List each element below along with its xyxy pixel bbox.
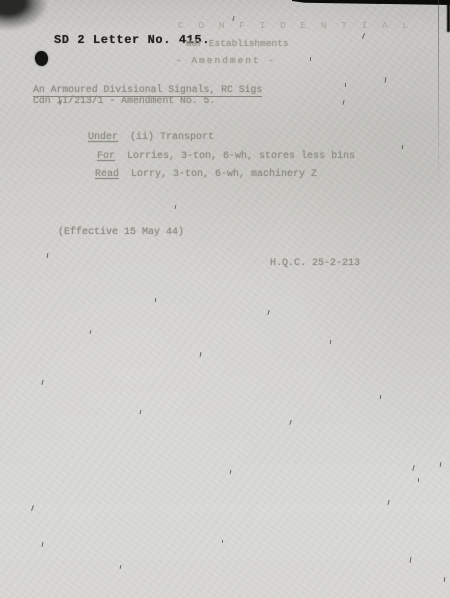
punch-hole-dot — [34, 50, 49, 67]
paper-speck — [200, 352, 202, 357]
paper-speck — [267, 310, 270, 315]
paper-speck — [42, 542, 44, 547]
paper-speck — [387, 500, 390, 505]
paper-speck — [175, 205, 177, 209]
scanned-document-page: C O N F I D E N T I A L SD 2 Letter No. … — [0, 0, 450, 598]
entry-label-under: Under — [88, 132, 118, 143]
scan-edge-strip — [292, 0, 450, 5]
paper-speck — [155, 298, 157, 302]
entry-text-for: Lorries, 3-ton, 6-wh, stores less bins — [127, 151, 355, 162]
paper-speck — [444, 577, 446, 582]
paper-speck — [222, 540, 223, 543]
paper-speck — [41, 380, 44, 385]
paper-speck — [140, 410, 142, 414]
document-subtitle: Cdn II/213/1 - Amendment No. 5. — [33, 95, 215, 106]
paper-speck — [310, 57, 311, 61]
paper-speck — [289, 420, 292, 425]
paper-speck — [89, 330, 92, 334]
amendment-line: - Amendment - — [176, 55, 276, 66]
paper-speck — [409, 557, 411, 563]
entry-spacer — [115, 151, 127, 162]
paper-speck — [342, 100, 345, 105]
entry-spacer — [118, 132, 130, 143]
paper-speck — [230, 470, 232, 474]
classification-heading: C O N F I D E N T I A L — [178, 20, 413, 31]
entry-spacer — [119, 169, 131, 180]
paper-speck — [120, 565, 122, 569]
paper-speck — [402, 145, 404, 149]
entry-label-for: For — [97, 151, 115, 162]
paper-speck — [362, 33, 365, 39]
entry-text-under: (ii) Transport — [130, 132, 214, 143]
paper-speck — [330, 340, 332, 344]
file-reference: H.Q.C. 25-2-213 — [270, 258, 360, 269]
effective-date-note: (Effective 15 May 44) — [58, 227, 184, 238]
paper-speck — [345, 83, 346, 87]
paper-speck — [380, 395, 382, 399]
paper-speck — [412, 465, 415, 471]
corner-smudge-mark — [0, 0, 48, 30]
paper-speck — [384, 77, 386, 83]
establishment-line: War Establishments — [186, 38, 289, 49]
entry-text-read: Lorry, 3-ton, 6-wh, machinery Z — [131, 169, 317, 180]
entry-label-read: Read — [95, 169, 119, 180]
paper-crease-line — [438, 0, 439, 190]
paper-speck — [47, 253, 49, 258]
paper-speck — [440, 462, 442, 467]
paper-speck — [418, 478, 420, 482]
paper-speck — [31, 505, 34, 511]
